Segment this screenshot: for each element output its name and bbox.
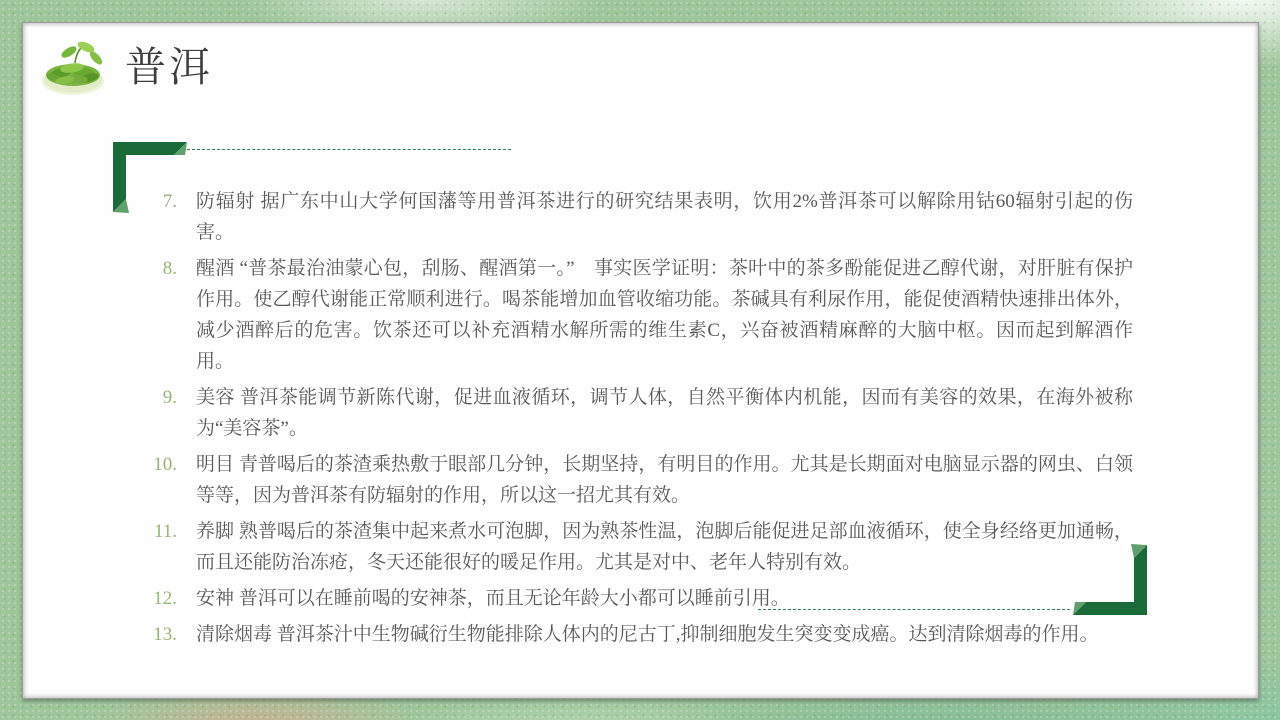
list-item: 10. 明目 青普喝后的茶渣乘热敷于眼部几分钟，长期坚持，有明目的作用。尤其是长…	[141, 449, 1133, 511]
content-panel: 普洱 7. 防辐射 据广东中山大学何国藩等用普洱茶进行的研究结果表明，饮用2%普…	[22, 22, 1259, 699]
list-item-number: 13.	[141, 619, 177, 650]
list-item-number: 7.	[141, 186, 177, 248]
list-item-text: 美容 普洱茶能调节新陈代谢，促进血液循环，调节人体，自然平衡体内机能，因而有美容…	[196, 382, 1133, 444]
bottom-dashed-line	[758, 609, 1070, 610]
list-item-number: 10.	[141, 449, 177, 511]
list-item: 7. 防辐射 据广东中山大学何国藩等用普洱茶进行的研究结果表明，饮用2%普洱茶可…	[141, 186, 1133, 248]
list-item-text: 醒酒 “普茶最治油蒙心包，刮肠、醒酒第一。” 事实医学证明：茶叶中的茶多酚能促进…	[196, 253, 1133, 377]
list-item: 8. 醒酒 “普茶最治油蒙心包，刮肠、醒酒第一。” 事实医学证明：茶叶中的茶多酚…	[141, 253, 1133, 377]
slide-title: 普洱	[125, 47, 213, 88]
list-item-number: 12.	[141, 583, 177, 614]
list-item-text: 清除烟毒 普洱茶汁中生物碱衍生物能排除人体内的尼古丁,抑制细胞发生突变变成癌。达…	[196, 619, 1133, 650]
bottom-right-corner-bracket	[1071, 543, 1147, 615]
list-item-text: 养脚 熟普喝后的茶渣集中起来煮水可泡脚，因为熟茶性温，泡脚后能促进足部血液循环，…	[196, 516, 1133, 578]
list-item: 11. 养脚 熟普喝后的茶渣集中起来煮水可泡脚，因为熟茶性温，泡脚后能促进足部血…	[141, 516, 1133, 578]
benefits-list: 7. 防辐射 据广东中山大学何国藩等用普洱茶进行的研究结果表明，饮用2%普洱茶可…	[141, 186, 1133, 655]
slide-header: 普洱	[39, 31, 213, 103]
list-item-text: 防辐射 据广东中山大学何国藩等用普洱茶进行的研究结果表明，饮用2%普洱茶可以解除…	[196, 186, 1133, 248]
list-item-number: 8.	[141, 253, 177, 377]
list-item-number: 9.	[141, 382, 177, 444]
list-item: 9. 美容 普洱茶能调节新陈代谢，促进血液循环，调节人体，自然平衡体内机能，因而…	[141, 382, 1133, 444]
top-dashed-line	[187, 149, 511, 150]
list-item-number: 11.	[141, 516, 177, 578]
tea-leaves-icon	[39, 35, 111, 99]
list-item: 13. 清除烟毒 普洱茶汁中生物碱衍生物能排除人体内的尼古丁,抑制细胞发生突变变…	[141, 619, 1133, 650]
list-item-text: 明目 青普喝后的茶渣乘热敷于眼部几分钟，长期坚持，有明目的作用。尤其是长期面对电…	[196, 449, 1133, 511]
